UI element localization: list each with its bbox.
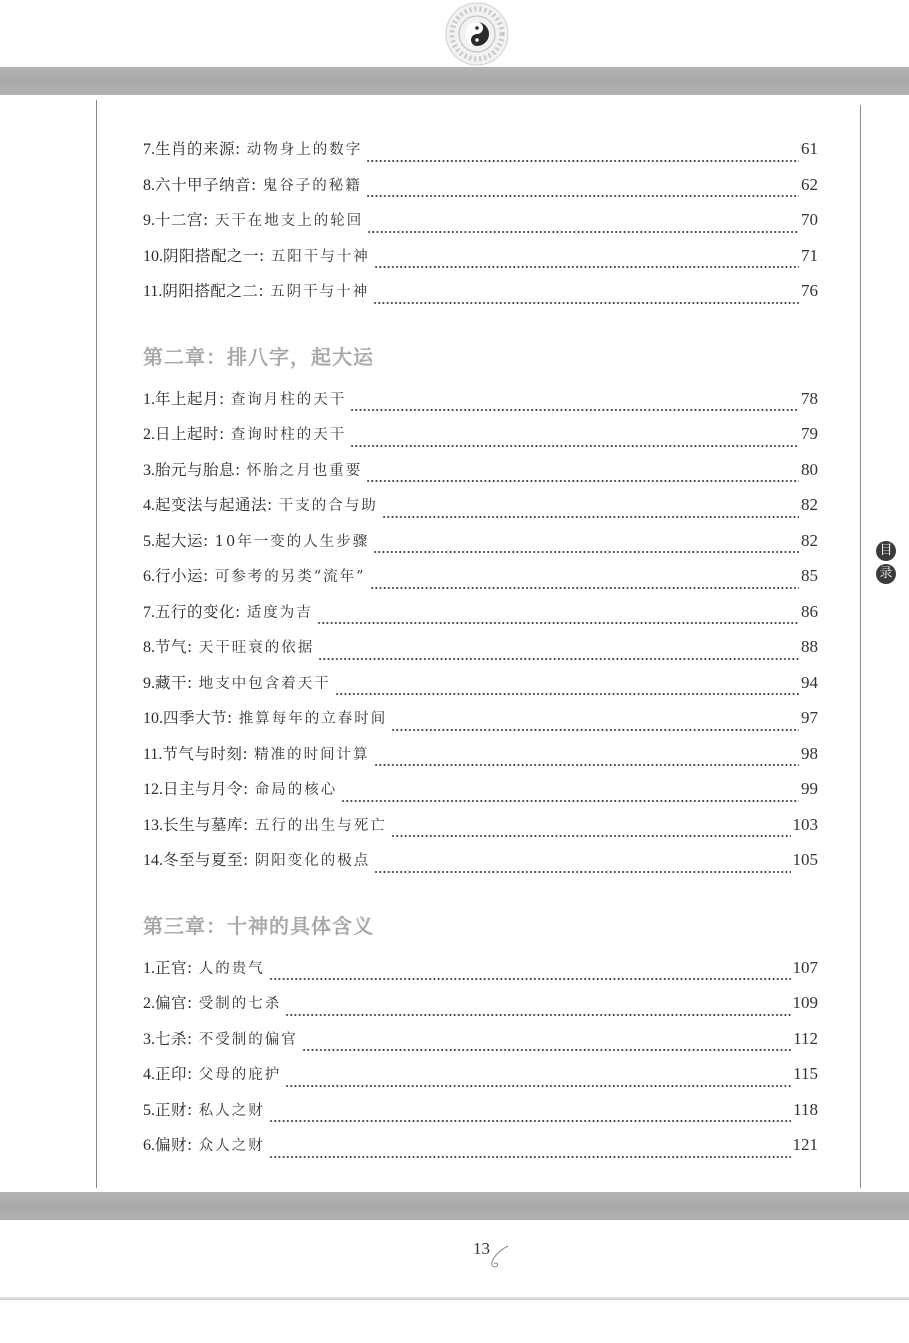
entry-subtitle: 五阴干与十神 [270,280,369,301]
entry-subtitle: 众人之财 [199,1134,265,1155]
entry-title: 七杀 [155,1027,187,1049]
entry-page-number: 121 [793,1135,819,1155]
entry-separator: : [243,851,249,869]
entry-title: 偏财 [155,1133,187,1155]
chapter-2-heading: 第二章：排八字，起大运 [143,341,818,375]
dot-leader [373,551,799,553]
entry-title: 十二宫 [155,208,203,230]
flourish-icon [478,1236,518,1272]
yin-yang-emblem-icon [441,2,513,66]
toc-entry[interactable]: 2.偏官:受制的七杀109 [143,991,818,1027]
entry-number: 3. [143,462,155,480]
entry-page-number: 94 [801,673,818,693]
entry-title: 五行的变化 [155,600,235,622]
chapter-3-list: 1.正官:人的贵气1072.偏官:受制的七杀1093.七杀:不受制的偏官1124… [143,956,818,1169]
entry-separator: : [203,567,209,585]
entry-number: 11. [143,283,162,301]
entry-number: 9. [143,212,155,230]
entry-page-number: 105 [793,850,819,870]
entry-number: 10. [143,248,163,266]
toc-entry[interactable]: 7.五行的变化:适度为吉86 [143,600,818,636]
chapter-2-list: 1.年上起月:查询月柱的天干782.日上起时:查询时柱的天干793.胎元与胎息:… [143,387,818,884]
entry-subtitle: 天干在地支上的轮回 [215,209,364,230]
dot-leader [374,266,799,268]
entry-separator: : [242,745,248,763]
entry-separator: : [187,959,193,977]
entry-subtitle: 父母的庇护 [199,1063,282,1084]
entry-title: 日上起时 [155,422,219,444]
toc-entry[interactable]: 4.正印:父母的庇护115 [143,1062,818,1098]
entry-page-number: 79 [801,424,818,444]
entry-number: 12. [143,781,163,799]
entry-title: 日主与月令 [163,777,243,799]
entry-separator: : [258,282,264,300]
entry-page-number: 97 [801,708,818,728]
entry-page-number: 103 [793,815,819,835]
dot-leader [391,729,799,731]
entry-subtitle: 鬼谷子的秘籍 [263,174,362,195]
toc-entry[interactable]: 9.十二宫:天干在地支上的轮回70 [143,208,818,244]
entry-separator: : [187,638,193,656]
side-tab-char: 目 [876,541,896,561]
entry-subtitle: 查询月柱的天干 [231,388,347,409]
entry-separator: : [235,140,241,158]
header-band [0,67,909,95]
entry-title: 生肖的来源 [155,137,235,159]
dot-leader [335,693,799,695]
chapter-3-heading: 第三章：十神的具体含义 [143,910,818,944]
entry-subtitle: 干支的合与助 [279,494,378,515]
toc-entry[interactable]: 6.行小运:可参考的另类“流年”85 [143,564,818,600]
entry-title: 胎元与胎息 [155,458,235,480]
entry-title: 四季大节 [163,706,227,728]
section-continued-list: 7.生肖的来源:动物身上的数字618.六十甲子纳音:鬼谷子的秘籍629.十二宫:… [143,137,818,315]
entry-title: 年上起月 [155,387,219,409]
toc-entry[interactable]: 8.六十甲子纳音:鬼谷子的秘籍62 [143,173,818,209]
entry-title: 冬至与夏至 [163,848,243,870]
entry-separator: : [187,1101,193,1119]
entry-number: 2. [143,426,155,444]
entry-separator: : [203,532,209,550]
entry-subtitle: 地支中包含着天干 [199,672,331,693]
dot-leader [269,1156,791,1158]
entry-number: 7. [143,141,155,159]
entry-title: 阴阳搭配之一 [163,244,259,266]
entry-title: 阴阳搭配之二 [162,279,258,301]
entry-number: 14. [143,852,163,870]
footer-band [0,1192,909,1220]
entry-separator: : [227,709,233,727]
toc-entry[interactable]: 1.正官:人的贵气107 [143,956,818,992]
entry-page-number: 78 [801,389,818,409]
entry-subtitle: 精准的时间计算 [254,743,370,764]
entry-separator: : [243,816,249,834]
toc-entry[interactable]: 5.起大运:10年一变的人生步骤82 [143,529,818,565]
toc-entry[interactable]: 1.年上起月:查询月柱的天干78 [143,387,818,423]
entry-separator: : [243,780,249,798]
toc-entry[interactable]: 12.日主与月令:命局的核心99 [143,777,818,813]
dot-leader [366,160,799,162]
entry-page-number: 112 [793,1029,818,1049]
dot-leader [285,1014,790,1016]
dot-leader [269,978,791,980]
entry-separator: : [219,390,225,408]
entry-title: 行小运 [155,564,203,586]
dot-leader [367,231,799,233]
entry-number: 7. [143,604,155,622]
dot-leader [382,516,799,518]
entry-page-number: 109 [793,993,819,1013]
dot-leader [374,764,799,766]
entry-separator: : [187,1065,193,1083]
toc-entry[interactable]: 2.日上起时:查询时柱的天干79 [143,422,818,458]
entry-subtitle: 私人之财 [199,1099,265,1120]
entry-page-number: 62 [801,175,818,195]
left-margin-rule [96,100,97,1188]
toc-entry[interactable]: 6.偏财:众人之财121 [143,1133,818,1169]
entry-subtitle: 不受制的偏官 [199,1028,298,1049]
entry-separator: : [187,674,193,692]
entry-subtitle: 可参考的另类“流年” [215,565,366,586]
entry-title: 起大运 [155,529,203,551]
entry-subtitle: 推算每年的立春时间 [239,707,388,728]
entry-separator: : [187,994,193,1012]
entry-subtitle: 五阳干与十神 [271,245,370,266]
toc-entry[interactable]: 4.起变法与起通法:干支的合与助82 [143,493,818,529]
entry-subtitle: 受制的七杀 [199,992,282,1013]
entry-page-number: 98 [801,744,818,764]
entry-subtitle: 五行的出生与死亡 [255,814,387,835]
entry-subtitle: 天干旺衰的依据 [199,636,315,657]
dot-leader [373,302,799,304]
page-edge-rule [0,1297,909,1300]
side-tab-char: 录 [876,564,896,584]
dot-leader [350,445,799,447]
entry-page-number: 118 [793,1100,818,1120]
toc-entry[interactable]: 3.胎元与胎息:怀胎之月也重要80 [143,458,818,494]
entry-separator: : [235,603,241,621]
entry-subtitle: 人的贵气 [199,957,265,978]
entry-page-number: 99 [801,779,818,799]
dot-leader [318,658,799,660]
entry-page-number: 85 [801,566,818,586]
entry-number: 1. [143,391,155,409]
dot-leader [366,195,799,197]
entry-number: 5. [143,1102,155,1120]
entry-separator: : [187,1030,193,1048]
dot-leader [317,622,799,624]
entry-title: 正官 [155,956,187,978]
entry-page-number: 61 [801,139,818,159]
toc-entry[interactable]: 10.四季大节:推算每年的立春时间97 [143,706,818,742]
entry-page-number: 88 [801,637,818,657]
entry-number: 4. [143,1066,155,1084]
entry-title: 正印 [155,1062,187,1084]
toc-entry[interactable]: 5.正财:私人之财118 [143,1098,818,1134]
entry-page-number: 115 [793,1064,818,1084]
entry-number: 8. [143,639,155,657]
entry-separator: : [219,425,225,443]
dot-leader [350,409,799,411]
dot-leader [374,871,790,873]
contents-side-tab: 目 录 [876,541,898,587]
entry-page-number: 82 [801,495,818,515]
entry-separator: : [251,176,257,194]
dot-leader [391,835,791,837]
entry-page-number: 86 [801,602,818,622]
dot-leader [370,587,799,589]
entry-number: 13. [143,817,163,835]
entry-number: 4. [143,497,155,515]
entry-number: 8. [143,177,155,195]
toc-entry[interactable]: 11.节气与时刻:精准的时间计算98 [143,742,818,778]
right-margin-rule [860,105,861,1188]
entry-title: 正财 [155,1098,187,1120]
entry-page-number: 70 [801,210,818,230]
dot-leader [269,1120,791,1122]
entry-number: 2. [143,995,155,1013]
entry-separator: : [259,247,265,265]
entry-title: 节气 [155,635,187,657]
entry-number: 3. [143,1031,155,1049]
entry-number: 10. [143,710,163,728]
entry-separator: : [267,496,273,514]
toc-entry[interactable]: 8.节气:天干旺衰的依据88 [143,635,818,671]
entry-title: 起变法与起通法 [155,493,267,515]
entry-separator: : [203,211,209,229]
entry-subtitle: 动物身上的数字 [247,138,363,159]
entry-number: 6. [143,568,155,586]
entry-title: 长生与墓库 [163,813,243,835]
entry-subtitle: 10年一变的人生步骤 [215,530,369,551]
entry-subtitle: 查询时柱的天干 [231,423,347,444]
entry-separator: : [187,1136,193,1154]
dot-leader [285,1085,791,1087]
entry-subtitle: 适度为吉 [247,601,313,622]
dot-leader [366,480,799,482]
toc-entry[interactable]: 9.藏干:地支中包含着天干94 [143,671,818,707]
toc-entry[interactable]: 3.七杀:不受制的偏官112 [143,1027,818,1063]
toc-entry[interactable]: 7.生肖的来源:动物身上的数字61 [143,137,818,173]
entry-number: 6. [143,1137,155,1155]
entry-page-number: 71 [801,246,818,266]
entry-subtitle: 命局的核心 [255,778,338,799]
page-folio: 13 [468,1236,528,1272]
entry-page-number: 82 [801,531,818,551]
entry-page-number: 107 [793,958,819,978]
toc-entry[interactable]: 11.阴阳搭配之二:五阴干与十神76 [143,279,818,315]
entry-page-number: 80 [801,460,818,480]
entry-title: 偏官 [155,991,187,1013]
toc-entry[interactable]: 14.冬至与夏至:阴阳变化的极点105 [143,848,818,884]
entry-number: 1. [143,960,155,978]
dot-leader [302,1049,791,1051]
toc-entry[interactable]: 10.阴阳搭配之一:五阳干与十神71 [143,244,818,280]
entry-page-number: 76 [801,281,818,301]
entry-number: 9. [143,675,155,693]
entry-title: 六十甲子纳音 [155,173,251,195]
toc-entry[interactable]: 13.长生与墓库:五行的出生与死亡103 [143,813,818,849]
entry-separator: : [235,461,241,479]
dot-leader [341,800,799,802]
entry-number: 5. [143,533,155,551]
entry-subtitle: 阴阳变化的极点 [255,849,371,870]
table-of-contents: 7.生肖的来源:动物身上的数字618.六十甲子纳音:鬼谷子的秘籍629.十二宫:… [143,137,818,1169]
entry-title: 节气与时刻 [162,742,242,764]
entry-title: 藏干 [155,671,187,693]
entry-subtitle: 怀胎之月也重要 [247,459,363,480]
entry-number: 11. [143,746,162,764]
